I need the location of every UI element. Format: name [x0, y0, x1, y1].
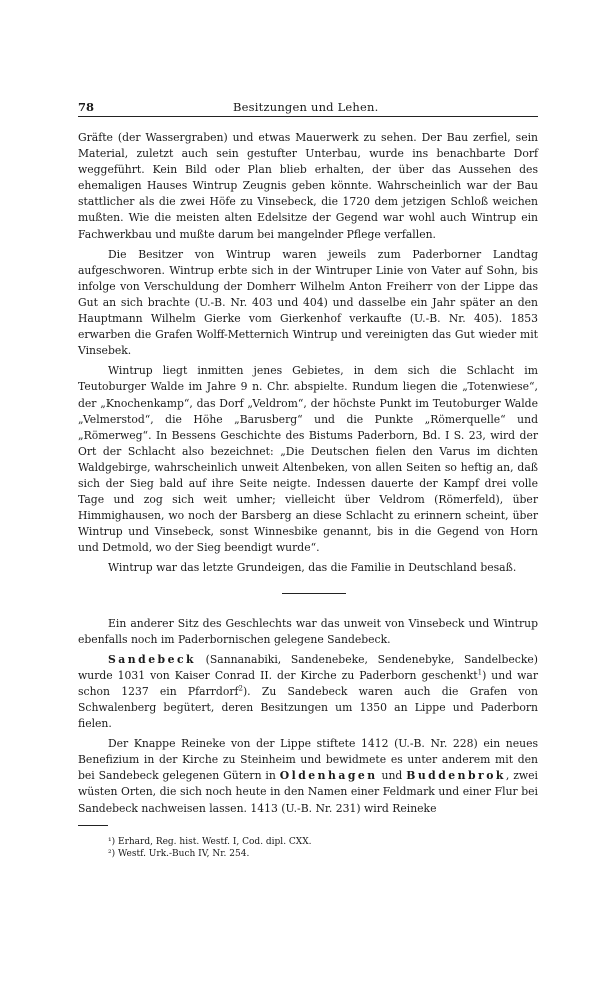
book-page: 78 Besitzungen und Lehen. Gräfte (der Wa…: [78, 100, 538, 861]
running-title: Besitzungen und Lehen.: [233, 100, 379, 114]
place-oldenhagen: Oldenhagen: [280, 769, 378, 782]
body-text: Gräfte (der Wassergraben) und etwas Maue…: [78, 130, 538, 817]
place-buddenbrok: Buddenbrok: [406, 769, 506, 782]
paragraph-wintrup-owners: Die Besitzer von Wintrup waren jeweils z…: [78, 247, 538, 360]
footnote-1: ¹) Erhard, Reg. hist. Westf. I, Cod. dip…: [108, 836, 538, 849]
paragraph-reineke: Der Knappe Reineke von der Lippe stiftet…: [78, 736, 538, 816]
footnote-2: ²) Westf. Urk.-Buch IV, Nr. 254.: [108, 848, 538, 861]
header-rule: [78, 116, 538, 117]
page-number: 78: [78, 100, 94, 114]
page-header: 78 Besitzungen und Lehen.: [78, 100, 538, 118]
paragraph-wintrup-decay: Gräfte (der Wassergraben) und etwas Maue…: [78, 130, 538, 243]
section-divider: [282, 593, 346, 594]
sandebeck-heading: Sandebeck: [108, 653, 196, 666]
footnote-rule: [78, 825, 108, 826]
footnotes: ¹) Erhard, Reg. hist. Westf. I, Cod. dip…: [78, 836, 538, 861]
paragraph-sandebeck-history: Sandebeck (Sannanabiki, Sandenebeke, Sen…: [78, 652, 538, 732]
paragraph-varus-battle: Wintrup liegt inmitten jenes Gebietes, i…: [78, 363, 538, 556]
paragraph-last-property: Wintrup war das letzte Grundeigen, das d…: [78, 560, 538, 576]
paragraph-sandebeck-intro: Ein anderer Sitz des Geschlechts war das…: [78, 616, 538, 648]
